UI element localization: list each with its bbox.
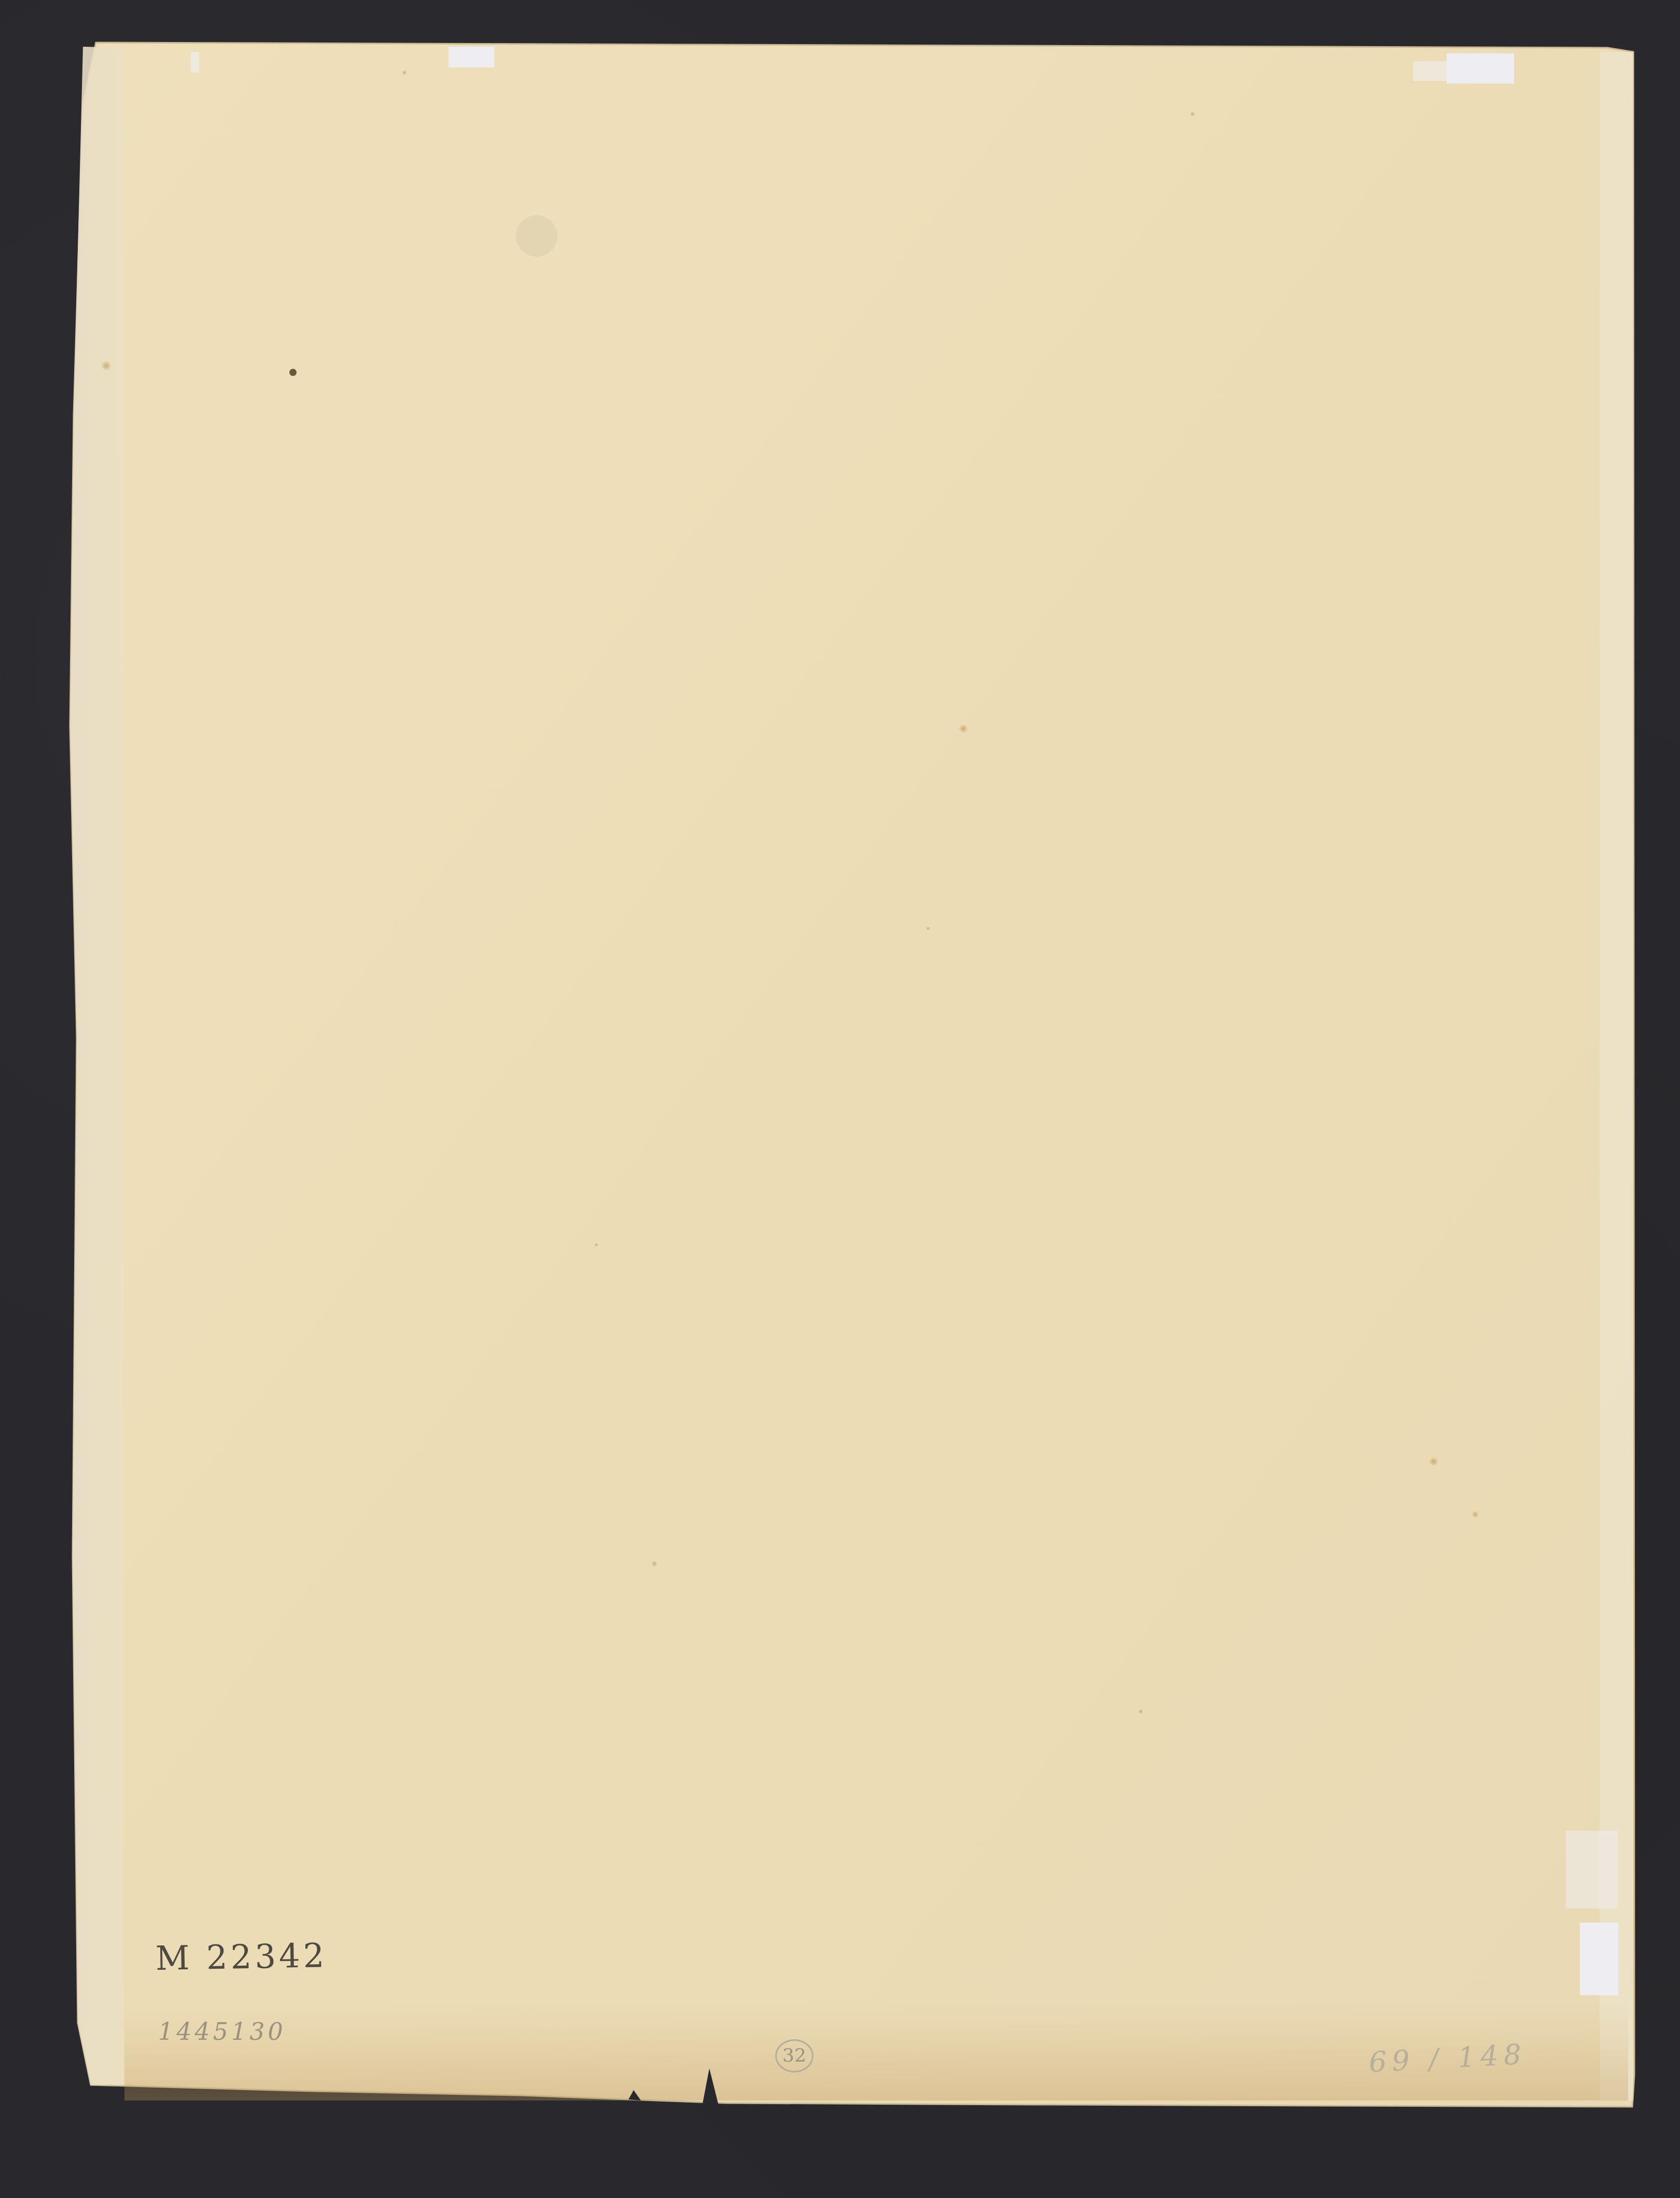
tape-bottom-right [1580,1923,1618,1995]
inventory-number: M 22342 [155,1937,328,1978]
paper-shape [0,0,1680,2198]
tape-top-right-strip [1413,61,1454,81]
tape-top-left [191,52,199,73]
tape-top-center [449,47,494,67]
tape-top-right [1447,53,1514,84]
paper-sheet: M 22342 1445130 32 69 / 148 [0,0,1680,2198]
circled-page-number: 32 [775,2039,814,2072]
secondary-number: 1445130 [158,2018,286,2046]
tape-right-patch [1566,1831,1618,1909]
